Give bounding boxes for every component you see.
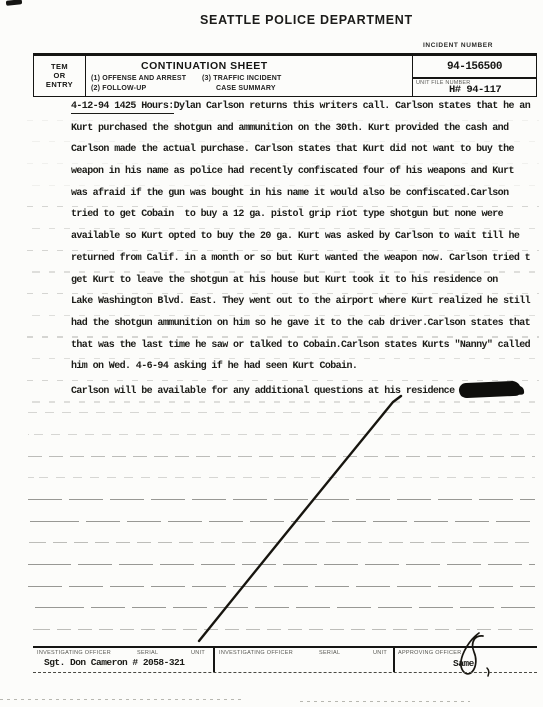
ruled-line [28,434,535,435]
cell-divider [413,77,536,79]
redaction-mark [459,381,522,399]
unit-label: UNIT [191,650,205,656]
report-line: Carlson will be available for any additi… [71,383,543,405]
report-type-case-summary: CASE SUMMARY [216,85,276,92]
report-line: Lake Washington Blvd. East. They went ou… [71,296,543,318]
report-type-offense: (1) OFFENSE AND ARREST [91,75,186,82]
date-time-stamp: 4-12-94 1425 Hours: [71,101,174,114]
continuation-sheet-title: CONTINUATION SHEET [141,60,268,72]
incident-number-label: INCIDENT NUMBER [423,42,493,49]
report-line-text: weapon in his name as police had recentl… [71,166,514,177]
report-line-text: Dylan Carlson returns this writers call.… [174,101,530,112]
report-line: get Kurt to leave the shotgun at his hou… [71,275,543,297]
investigating-officer-label: INVESTIGATING OFFICER [219,650,293,656]
ruled-line [28,607,535,608]
officer-footer: INVESTIGATING OFFICER SERIAL UNIT INVEST… [33,646,537,673]
report-line-text: get Kurt to leave the shotgun at his hou… [71,275,498,286]
item-cell-line: ENTRY [34,80,85,89]
report-line-text: returned from Calif. in a month or so bu… [71,253,530,264]
report-line-text: Carlson made the actual purchase. Carlso… [71,144,514,155]
report-line: returned from Calif. in a month or so bu… [71,253,543,275]
unit-file-number-value: H# 94-117 [449,84,501,96]
ruled-line [28,412,535,413]
ruled-line [28,456,535,457]
incident-number-value: 94-156500 [413,61,536,73]
serial-label: SERIAL [319,650,340,656]
item-cell-line: OR [34,71,85,80]
continuation-sheet-cell: CONTINUATION SHEET (1) OFFENSE AND ARRES… [86,56,412,96]
cell-divider [213,648,215,672]
ruled-line [28,477,535,478]
report-type-followup: (2) FOLLOW-UP [91,85,146,92]
unit-label: UNIT [373,650,387,656]
report-line-text: had the shotgun ammunition on him so he … [71,318,530,329]
report-type-traffic: (3) TRAFFIC INCIDENT [202,75,281,82]
report-line: had the shotgun ammunition on him so he … [71,318,543,340]
incident-number-cell: 94-156500 UNIT FILE NUMBER H# 94-117 [412,56,536,96]
report-line-text: Lake Washington Blvd. East. They went ou… [71,296,530,307]
scan-artifact [0,699,245,700]
scanned-police-report-page: SEATTLE POLICE DEPARTMENT INCIDENT NUMBE… [0,0,543,707]
report-line: him on Wed. 4-6-94 asking if he had seen… [71,361,543,383]
report-body: 4-12-94 1425 Hours:Dylan Carlson returns… [71,101,543,405]
report-line: was afraid if the gun was bought in his … [71,188,543,210]
report-line-text: tried to get Cobain to buy a 12 ga. pist… [71,209,503,220]
page-title: SEATTLE POLICE DEPARTMENT [200,13,413,27]
ruled-line [28,564,535,565]
report-line-text: that was the last time he saw or talked … [71,340,530,351]
ruled-line [28,542,535,543]
item-cell-line: TEM [34,62,85,71]
serial-label: SERIAL [137,650,158,656]
report-line-text: was afraid if the gun was bought in his … [71,188,508,199]
report-line: Carlson made the actual purchase. Carlso… [71,144,543,166]
cell-divider [393,648,395,672]
ruled-line [28,586,535,587]
report-line: 4-12-94 1425 Hours:Dylan Carlson returns… [71,101,543,123]
report-line: that was the last time he saw or talked … [71,340,543,362]
report-line-text: him on Wed. 4-6-94 asking if he had seen… [71,361,357,372]
ruled-line [28,499,535,500]
strike-through-line [199,396,401,641]
report-line-text: available so Kurt opted to buy the 20 ga… [71,231,519,242]
report-line-text: Kurt purchased the shotgun and ammunitio… [71,123,508,134]
form-header-table: TEM OR ENTRY CONTINUATION SHEET (1) OFFE… [33,53,537,97]
item-or-entry-cell: TEM OR ENTRY [34,56,86,96]
report-line-text: Carlson will be available for any additi… [71,386,454,397]
approving-officer-label: APPROVING OFFICER [398,650,461,656]
report-line: weapon in his name as police had recentl… [71,166,543,188]
investigating-officer-value: Sgt. Don Cameron # 2058-321 [44,657,184,668]
scan-artifact [6,0,22,6]
report-line: tried to get Cobain to buy a 12 ga. pist… [71,209,543,231]
scan-artifact [300,701,470,702]
ruled-line [28,521,535,522]
approving-officer-value: Same [453,658,474,669]
ruled-line [28,629,535,630]
report-line: available so Kurt opted to buy the 20 ga… [71,231,543,253]
investigating-officer-label: INVESTIGATING OFFICER [37,650,111,656]
report-line: Kurt purchased the shotgun and ammunitio… [71,123,543,145]
